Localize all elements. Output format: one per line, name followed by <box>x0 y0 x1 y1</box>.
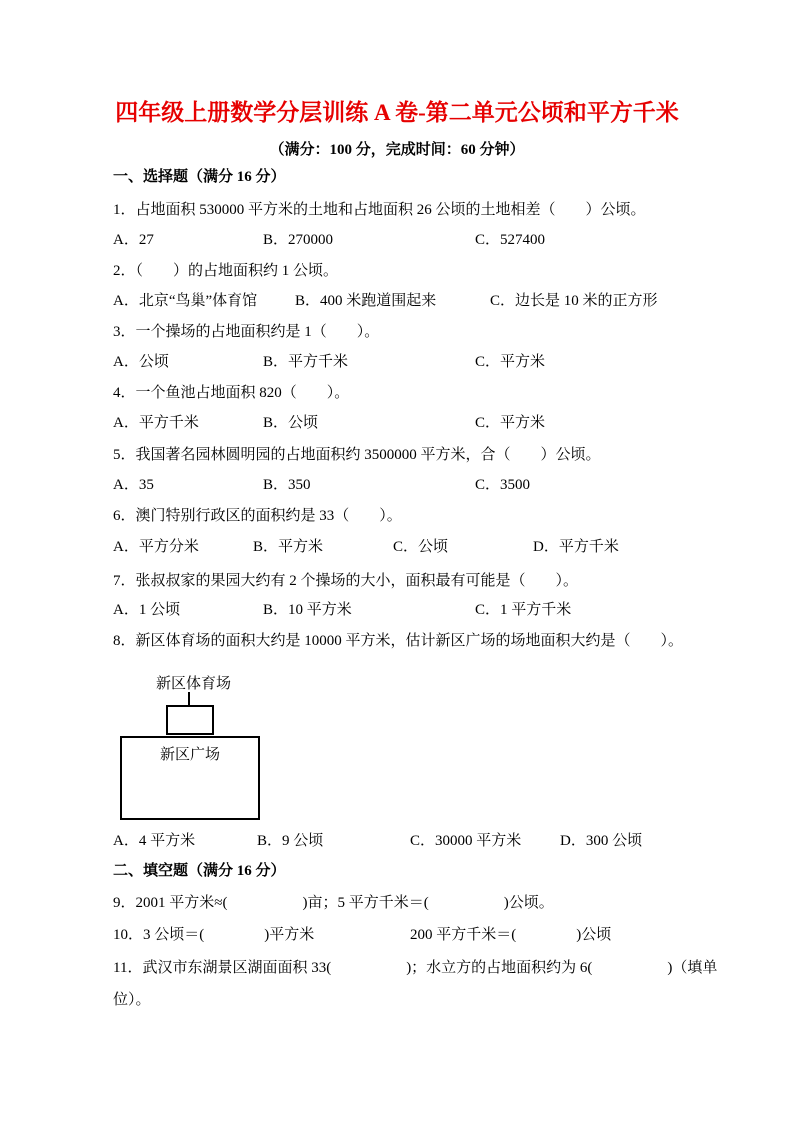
q3-option-c: C．平方米 <box>475 352 545 372</box>
q2-option-c: C．边长是 10 米的正方形 <box>490 291 658 311</box>
diagram-plaza-label: 新区广场 <box>160 743 220 764</box>
question-4-options: A．平方千米 B．公顷 C．平方米 <box>113 413 545 433</box>
q8-option-c: C．30000 平方米 <box>410 831 560 851</box>
q8-option-a: A．4 平方米 <box>113 831 257 851</box>
exam-info: （满分：100 分，完成时间：60 分钟） <box>0 138 794 159</box>
q1-option-b: B．270000 <box>263 230 475 250</box>
worksheet-page: 四年级上册数学分层训练 A 卷-第二单元公顷和平方千米 （满分：100 分，完成… <box>0 0 794 1123</box>
q3-option-a: A．公顷 <box>113 352 263 372</box>
page-title: 四年级上册数学分层训练 A 卷-第二单元公顷和平方千米 <box>0 99 794 127</box>
q7-option-c: C．1 平方千米 <box>475 600 571 620</box>
q1-option-c: C．527400 <box>475 230 545 250</box>
diagram-stadium-box <box>166 705 214 735</box>
question-5-stem: 5．我国著名园林圆明园的占地面积约 3500000 平方米，合（ ）公顷。 <box>113 445 601 465</box>
question-1-options: A．27 B．270000 C．527400 <box>113 230 545 250</box>
question-10-right: 200 平方千米＝( )公顷 <box>410 925 611 945</box>
question-6-stem: 6．澳门特别行政区的面积约是 33（ ）。 <box>113 506 402 526</box>
question-2-options: A．北京“鸟巢”体育馆 B．400 米跑道围起来 C．边长是 10 米的正方形 <box>113 291 658 311</box>
question-10-left: 10．3 公顷＝( )平方米 <box>113 925 314 945</box>
q6-option-c: C．公顷 <box>393 537 533 557</box>
q5-option-a: A．35 <box>113 475 263 495</box>
question-11-line-1: 11．武汉市东湖景区湖面面积 33( )；水立方的占地面积约为 6( )（填单 <box>113 958 717 978</box>
q8-option-b: B．9 公顷 <box>257 831 410 851</box>
q1-option-a: A．27 <box>113 230 263 250</box>
q4-option-b: B．公顷 <box>263 413 475 433</box>
question-7-options: A．1 公顷 B．10 平方米 C．1 平方千米 <box>113 600 571 620</box>
question-11-line-2: 位）。 <box>113 990 151 1010</box>
question-6-options: A．平方分米 B．平方米 C．公顷 D．平方千米 <box>113 537 619 557</box>
q7-option-a: A．1 公顷 <box>113 600 263 620</box>
question-2-stem: 2．（ ）的占地面积约 1 公顷。 <box>113 261 338 281</box>
q8-option-d: D．300 公顷 <box>560 831 642 851</box>
question-8-options: A．4 平方米 B．9 公顷 C．30000 平方米 D．300 公顷 <box>113 831 642 851</box>
q3-option-b: B．平方千米 <box>263 352 475 372</box>
q2-option-a: A．北京“鸟巢”体育馆 <box>113 291 295 311</box>
question-3-options: A．公顷 B．平方千米 C．平方米 <box>113 352 545 372</box>
q2-option-b: B．400 米跑道围起来 <box>295 291 490 311</box>
question-3-stem: 3．一个操场的占地面积约是 1（ ）。 <box>113 322 379 342</box>
q5-option-c: C．3500 <box>475 475 530 495</box>
diagram-stadium-label: 新区体育场 <box>156 672 231 693</box>
section-1-heading: 一、选择题（满分 16 分） <box>113 167 286 187</box>
question-8-stem: 8．新区体育场的面积大约是 10000 平方米，估计新区广场的场地面积大约是（ … <box>113 631 683 651</box>
q6-option-b: B．平方米 <box>253 537 393 557</box>
q4-option-a: A．平方千米 <box>113 413 263 433</box>
q6-option-a: A．平方分米 <box>113 537 253 557</box>
q4-option-c: C．平方米 <box>475 413 545 433</box>
question-4-stem: 4．一个鱼池占地面积 820（ ）。 <box>113 383 349 403</box>
question-5-options: A．35 B．350 C．3500 <box>113 475 530 495</box>
question-9: 9．2001 平方米≈( )亩；5 平方千米＝( )公顷。 <box>113 893 554 913</box>
section-2-heading: 二、填空题（满分 16 分） <box>113 861 286 881</box>
question-7-stem: 7．张叔叔家的果园大约有 2 个操场的大小，面积最有可能是（ ）。 <box>113 571 578 591</box>
q6-option-d: D．平方千米 <box>533 537 619 557</box>
q7-option-b: B．10 平方米 <box>263 600 475 620</box>
question-1-stem: 1．占地面积 530000 平方米的土地和占地面积 26 公顷的土地相差（ ）公… <box>113 200 646 220</box>
q5-option-b: B．350 <box>263 475 475 495</box>
